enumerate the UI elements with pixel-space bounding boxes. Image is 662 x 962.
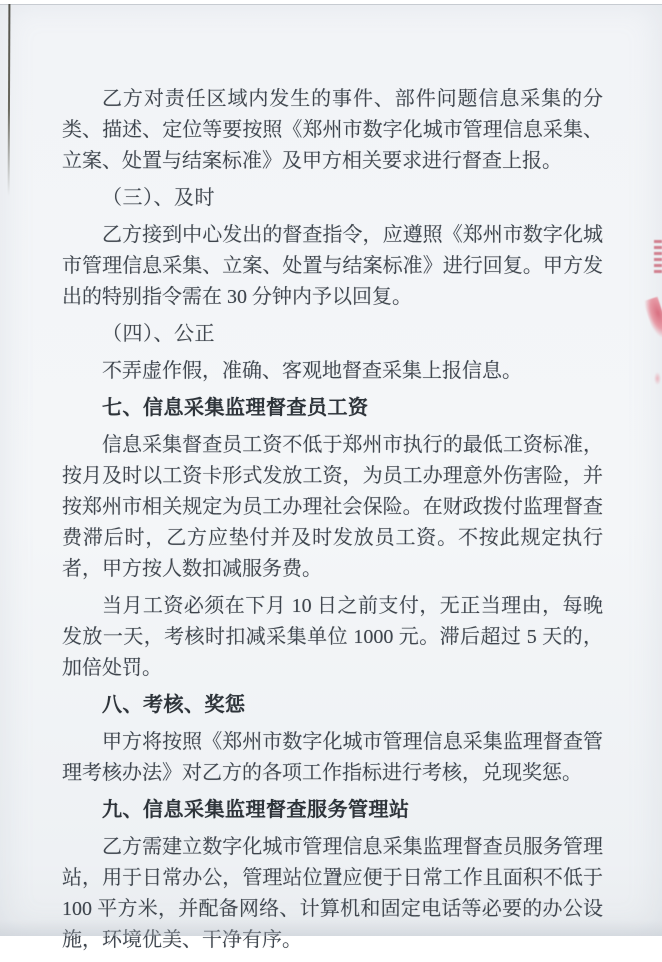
subheading-timeliness: （三）、及时: [62, 183, 603, 214]
paragraph-duty-reporting: 乙方对责任区域内发生的事件、部件问题信息采集的分类、描述、定位等要按照《郑州市数…: [62, 84, 603, 177]
paragraph-instruction-reply: 乙方接到中心发出的督查指令，应遵照《郑州市数字化城市管理信息采集、立案、处置与结…: [62, 220, 603, 313]
red-seal-fragment-upper: [654, 240, 662, 274]
page-number: 4: [0, 866, 662, 882]
scanned-document-page: 乙方对责任区域内发生的事件、部件问题信息采集的分类、描述、定位等要按照《郑州市数…: [0, 0, 662, 936]
paragraph-assessment-method: 甲方将按照《郑州市数字化城市管理信息采集监理督查管理考核办法》对乙方的各项工作指…: [62, 727, 603, 789]
paragraph-wage-payment-deadline: 当月工资必须在下月 10 日之前支付，无正当理由，每晚发放一天，考核时扣减采集单…: [62, 591, 603, 684]
paragraph-no-falsification: 不弄虚作假，准确、客观地督查采集上报信息。: [62, 356, 603, 387]
heading-section-7-wages: 七、信息采集监理督查员工资: [62, 393, 603, 424]
scan-top-edge: [0, 0, 662, 5]
scan-left-crease-line: [8, 4, 11, 196]
heading-section-9-station: 九、信息采集监理督查服务管理站: [62, 795, 603, 826]
paragraph-wage-standards: 信息采集督查员工资不低于郑州市执行的最低工资标准，按月及时以工资卡形式发放工资，…: [62, 430, 603, 585]
red-seal-fragment-lower: [654, 372, 661, 385]
contract-text-body: 乙方对责任区域内发生的事件、部件问题信息采集的分类、描述、定位等要按照《郑州市数…: [62, 84, 603, 936]
subheading-fairness: （四）、公正: [62, 319, 603, 350]
heading-section-8-assessment: 八、考核、奖惩: [62, 690, 603, 721]
scan-bottom-shadow: [0, 920, 662, 936]
red-seal-fragment-middle: [643, 297, 662, 340]
